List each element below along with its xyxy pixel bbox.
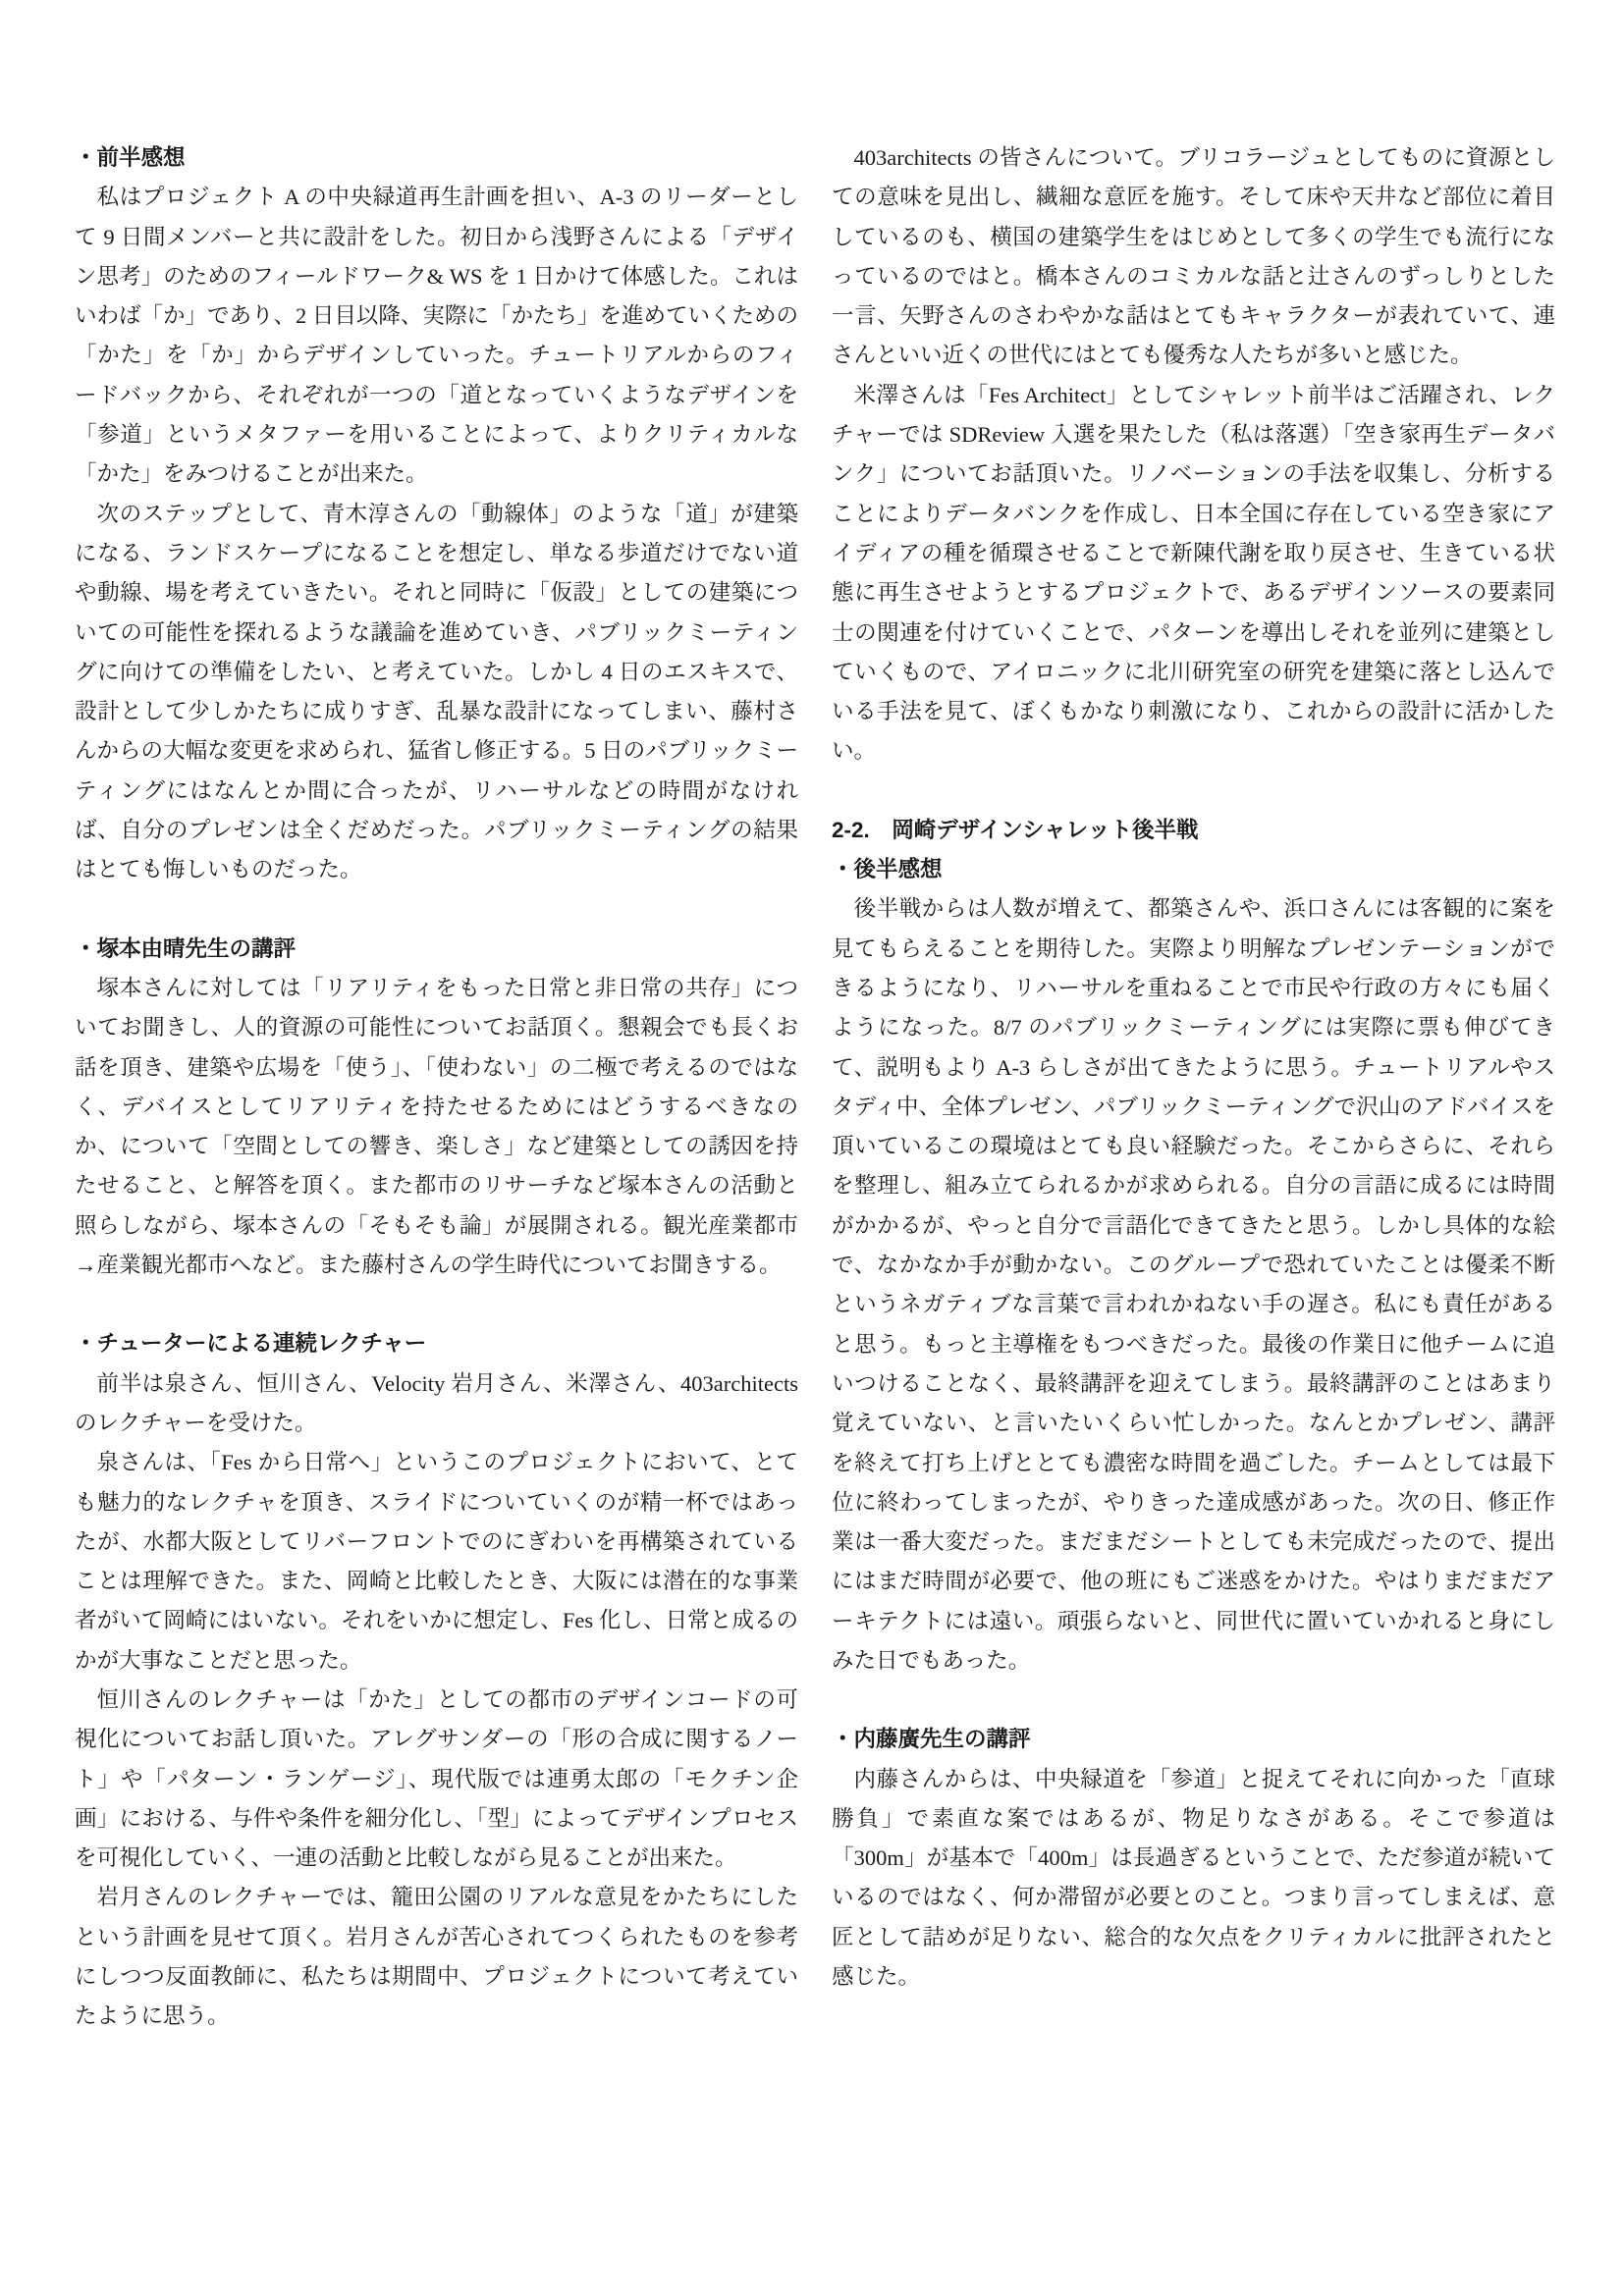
heading-tutor-lectures: ・チューターによる連続レクチャー <box>75 1324 798 1363</box>
column-left: ・前半感想 私はプロジェクト A の中央緑道再生計画を担い、A-3 のリーダーと… <box>75 138 798 2037</box>
paragraph: 403architects の皆さんについて。ブリコラージュとしてものに資源とし… <box>832 138 1555 376</box>
document-page: ・前半感想 私はプロジェクト A の中央緑道再生計画を担い、A-3 のリーダーと… <box>0 0 1624 2296</box>
paragraph: 泉さんは、「Fes から日常へ」というこのプロジェクトにおいて、とても魅力的なレ… <box>75 1443 798 1681</box>
paragraph: 岩月さんのレクチャーでは、籠田公園のリアルな意見をかたちにしたという計画を見せて… <box>75 1878 798 2036</box>
heading-tsukamoto-review: ・塚本由晴先生の講評 <box>75 930 798 969</box>
paragraph: 私はプロジェクト A の中央緑道再生計画を担い、A-3 のリーダーとして 9 日… <box>75 178 798 494</box>
paragraph: 恒川さんのレクチャーは「かた」としての都市のデザインコードの可視化についてお話し… <box>75 1681 798 1878</box>
heading-second-half-impressions: ・後半感想 <box>832 850 1555 889</box>
heading-naito-review: ・内藤廣先生の講評 <box>832 1720 1555 1759</box>
paragraph: 次のステップとして、青木淳さんの「動線体」のような「道」が建築になる、ランドスケ… <box>75 495 798 890</box>
heading-first-half-impressions: ・前半感想 <box>75 138 798 178</box>
paragraph: 前半は泉さん、恒川さん、Velocity 岩月さん、米澤さん、403archit… <box>75 1364 798 1444</box>
paragraph: 塚本さんに対しては「リアリティをもった日常と非日常の共存」についてお聞きし、人的… <box>75 969 798 1285</box>
paragraph: 内藤さんからは、中央緑道を「参道」と捉えてそれに向かった「直球勝負」で素直な案で… <box>832 1760 1555 1998</box>
section-heading-2-2-okazaki-design-charrette-second-half: 2-2. 岡崎デザインシャレット後半戦 <box>832 811 1555 850</box>
column-right: 403architects の皆さんについて。ブリコラージュとしてものに資源とし… <box>832 138 1555 1997</box>
paragraph: 米澤さんは「Fes Architect」としてシャレット前半はご活躍され、レクチ… <box>832 376 1555 772</box>
paragraph: 後半戦からは人数が増えて、都築さんや、浜口さんには客観的に案を見てもらえることを… <box>832 889 1555 1681</box>
